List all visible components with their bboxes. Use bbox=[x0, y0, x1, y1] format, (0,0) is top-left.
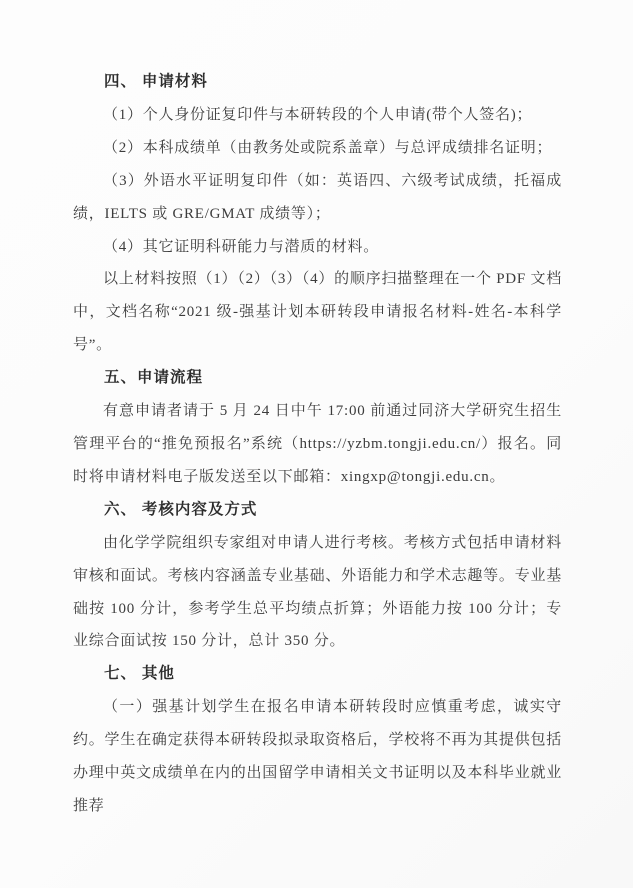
paragraph-pdf-naming-note: 以上材料按照（1）（2）（3）（4）的顺序扫描整理在一个 PDF 文档中，文档名… bbox=[73, 263, 562, 362]
section-heading-assessment: 六、 考核内容及方式 bbox=[73, 494, 562, 527]
section-heading-others: 七、 其他 bbox=[73, 658, 562, 691]
section-heading-application-materials: 四、 申请材料 bbox=[73, 66, 562, 99]
paragraph-others-clause-1: （一）强基计划学生在报名申请本研转段时应慎重考虑，诚实守约。学生在确定获得本研转… bbox=[73, 691, 562, 823]
paragraph-material-item-2: （2）本科成绩单（由教务处或院系盖章）与总评成绩排名证明； bbox=[73, 132, 562, 165]
paragraph-assessment-details: 由化学学院组织专家组对申请人进行考核。考核方式包括申请材料审核和面试。考核内容涵… bbox=[73, 527, 562, 659]
section-heading-application-process: 五、申请流程 bbox=[73, 362, 562, 395]
document-page: 四、 申请材料 （1）个人身份证复印件与本研转段的个人申请(带个人签名)； （2… bbox=[0, 0, 633, 888]
paragraph-material-item-1: （1）个人身份证复印件与本研转段的个人申请(带个人签名)； bbox=[73, 99, 562, 132]
paragraph-application-process: 有意申请者请于 5 月 24 日中午 17:00 前通过同济大学研究生招生管理平… bbox=[73, 395, 562, 494]
paragraph-material-item-4: （4）其它证明科研能力与潜质的材料。 bbox=[73, 231, 562, 264]
paragraph-material-item-3: （3）外语水平证明复印件（如：英语四、六级考试成绩，托福成绩，IELTS 或 G… bbox=[73, 165, 562, 231]
